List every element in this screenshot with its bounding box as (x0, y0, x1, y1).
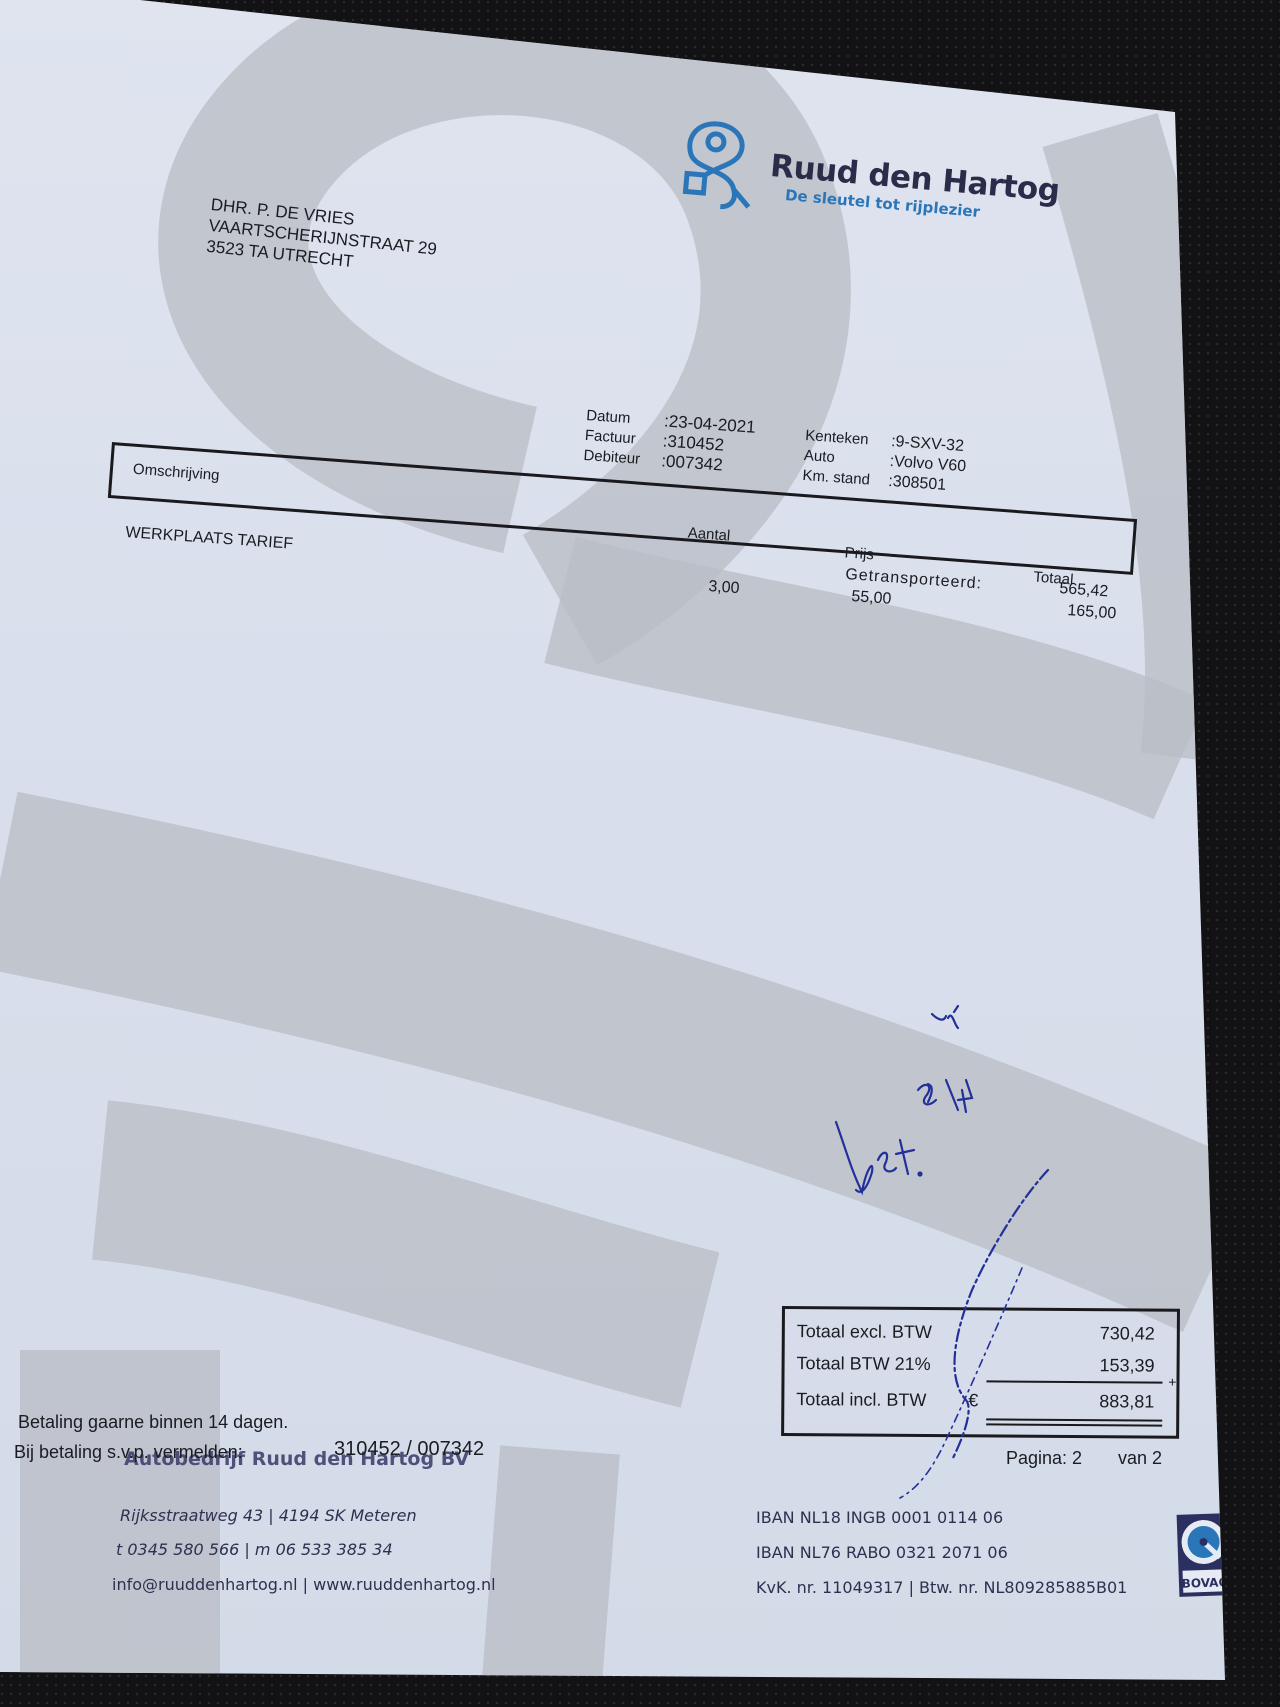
footer-iban-ing: IBAN NL18 INGB 0001 0114 06 (756, 1508, 1003, 1527)
recipient-address: DHR. P. DE VRIES VAARTSCHERIJNSTRAAT 29 … (205, 194, 440, 281)
total-incl-label: Totaal incl. BTW (796, 1389, 926, 1411)
key-ring-logo-icon (670, 115, 762, 214)
footer-iban-rabo: IBAN NL76 RABO 0321 2071 06 (756, 1543, 1008, 1562)
total-excl-value: 730,42 (1100, 1323, 1155, 1344)
meta-label: Debiteur (583, 446, 662, 471)
payment-terms: Betaling gaarne binnen 14 dagen. (18, 1412, 288, 1433)
header-price: Prijs (844, 544, 874, 563)
plus-sign: + (1168, 1374, 1176, 1390)
footer-address: Rijksstraatweg 43 | 4194 SK Meteren (120, 1506, 417, 1525)
total-vat-label: Totaal BTW 21% (797, 1353, 931, 1375)
payment-reference-value: 310452 / 007342 (334, 1438, 484, 1461)
meta-value: :308501 (888, 472, 947, 496)
header-description: Omschrijving (132, 461, 220, 484)
totals-box: Totaal excl. BTW 730,42 Totaal BTW 21% 1… (781, 1306, 1180, 1439)
svg-text:BOVAG: BOVAG (1181, 1575, 1228, 1591)
total-vat-value: 153,39 (1099, 1355, 1154, 1376)
footer-registry: KvK. nr. 11049317 | Btw. nr. NL809285885… (756, 1578, 1127, 1597)
footer-web: info@ruuddenhartog.nl | www.ruuddenharto… (112, 1575, 496, 1594)
invoice-paper: Ruud den Hartog De sleutel tot rijplezie… (0, 0, 1280, 1707)
payment-reference-label: Bij betaling s.v.p. vermelden: (14, 1442, 243, 1463)
page-number: Pagina: 2 (1006, 1448, 1082, 1469)
vehicle-meta: Kenteken :9-SXV-32 Auto :Volvo V60 Km. s… (802, 426, 968, 497)
total-incl-value: 883,81 (1099, 1391, 1154, 1412)
total-excl-label: Totaal excl. BTW (797, 1321, 932, 1343)
footer-phone: t 0345 580 566 | m 06 533 385 34 (116, 1540, 393, 1559)
table-row-description: WERKPLAATS TARIEF (125, 524, 294, 554)
meta-value: :007342 (661, 451, 724, 475)
table-row-quantity: 3,00 (708, 578, 740, 598)
currency-symbol: € (968, 1390, 978, 1411)
table-row-price: 55,00 (851, 588, 892, 609)
invoice-document: Ruud den Hartog De sleutel tot rijplezie… (0, 0, 1280, 1707)
page-count: van 2 (1118, 1448, 1162, 1469)
carried-over-value: 565,42 (1059, 580, 1109, 601)
grand-total-double-underline (986, 1418, 1162, 1426)
invoice-meta: Datum :23-04-2021 Factuur :310452 Debite… (583, 406, 756, 478)
table-row-total: 165,00 (1067, 602, 1117, 623)
sum-divider (986, 1380, 1162, 1383)
header-quantity: Aantal (687, 524, 731, 544)
